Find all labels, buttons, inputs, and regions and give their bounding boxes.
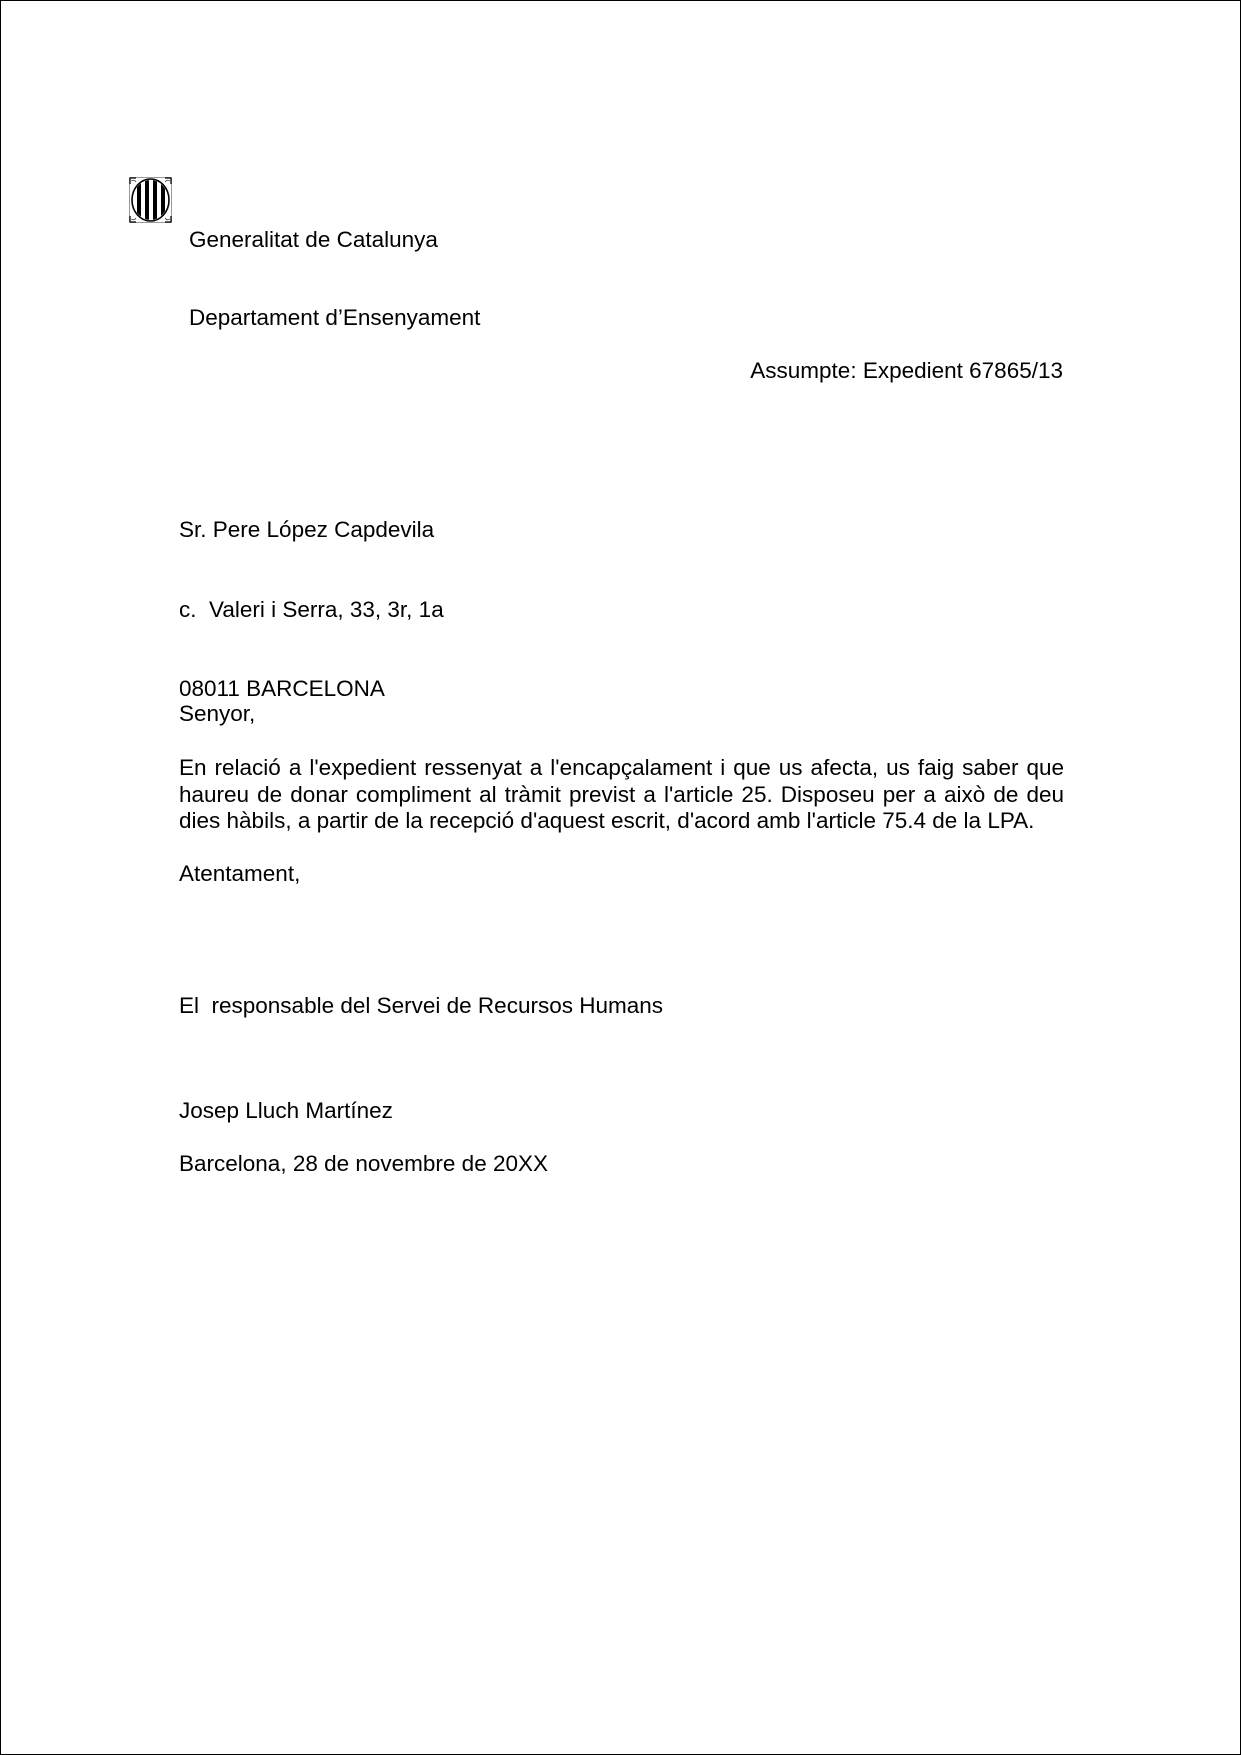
letterhead: Generalitat de Catalunya Departament d’E…	[189, 175, 480, 383]
greeting: Senyor,	[179, 701, 255, 728]
subject-line: Assumpte: Expedient 67865/13	[750, 358, 1063, 385]
department-name: Departament d’Ensenyament	[189, 305, 480, 331]
recipient-name: Sr. Pere López Capdevila	[179, 517, 444, 544]
letter-page: Generalitat de Catalunya Departament d’E…	[0, 0, 1241, 1755]
catalan-shield-icon	[129, 177, 172, 223]
recipient-street: c. Valeri i Serra, 33, 3r, 1a	[179, 597, 444, 624]
body-paragraph: En relació a l'expedient ressenyat a l'e…	[179, 755, 1064, 835]
place-date: Barcelona, 28 de novembre de 20XX	[179, 1151, 548, 1178]
organization-name: Generalitat de Catalunya	[189, 227, 480, 253]
recipient-city: 08011 BARCELONA	[179, 676, 444, 703]
signatory-title: El responsable del Servei de Recursos Hu…	[179, 993, 663, 1020]
signatory-name: Josep Lluch Martínez	[179, 1098, 393, 1125]
closing: Atentament,	[179, 861, 300, 888]
